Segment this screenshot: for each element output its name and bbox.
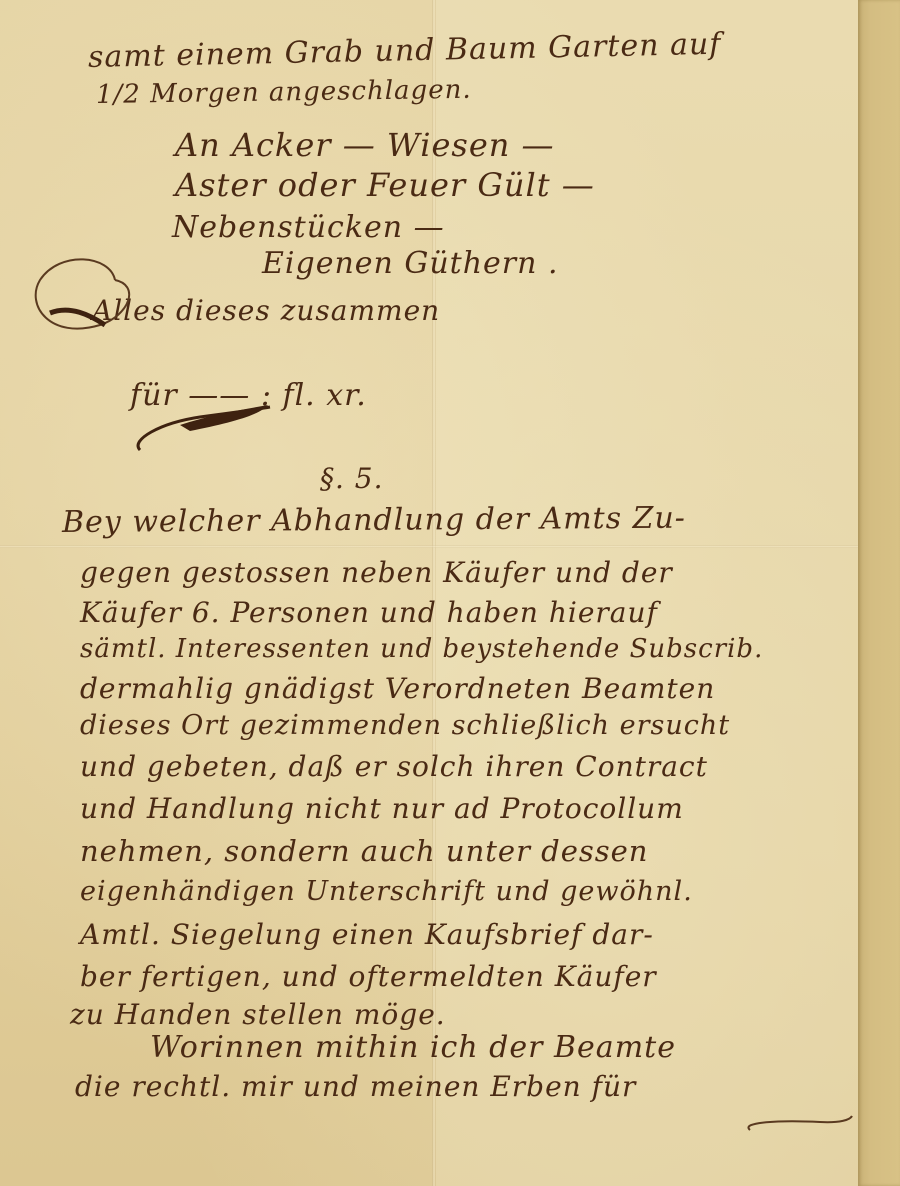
handwritten-line: dieses Ort gezimmenden schließlich ersuc… [80,710,730,741]
handwritten-line: Amtl. Siegelung einen Kaufsbrief dar- [80,918,654,951]
handwritten-line: Nebenstücken — [172,210,445,245]
handwritten-line: Worinnen mithin ich der Beamte [150,1030,676,1065]
section-heading: §. 5. [320,462,384,495]
handwritten-line: Bey welcher Abhandlung der Amts Zu- [62,501,686,540]
handwritten-line: und gebeten, daß er solch ihren Contract [80,750,708,783]
handwritten-line: 1/2 Morgen angeschlagen. [96,75,472,110]
handwritten-line: Käufer 6. Personen und haben hierauf [80,596,658,629]
handwritten-line: An Acker — Wiesen — [175,126,555,164]
page-edge-strip [858,0,900,1186]
horizontal-fold-crease [0,545,858,548]
handwritten-line: Aster oder Feuer Gült — [175,166,595,204]
handwritten-line: nehmen, sondern auch unter dessen [80,834,648,868]
handwritten-line: eigenhändigen Unterschrift und gewöhnl. [80,876,693,907]
handwritten-line: gegen gestossen neben Käufer und der [80,556,673,589]
manuscript-page: samt einem Grab und Baum Garten auf 1/2 … [0,0,858,1186]
closing-flourish [740,1110,860,1140]
handwritten-line: ber fertigen, und oftermeldten Käufer [80,960,657,993]
handwritten-line: und Handlung nicht nur ad Protocollum [80,792,684,825]
flourish-capital-d [20,245,180,345]
handwritten-line: die rechtl. mir und meinen Erben für [75,1070,636,1103]
ink-stroke-blank [120,395,290,465]
handwritten-line: sämtl. Interessenten und beystehende Sub… [80,634,763,664]
handwritten-line: zu Handen stellen möge. [70,998,446,1031]
handwritten-line: Eigenen Güthern . [262,246,559,281]
handwritten-line: dermahlig gnädigst Verordneten Beamten [80,672,715,705]
